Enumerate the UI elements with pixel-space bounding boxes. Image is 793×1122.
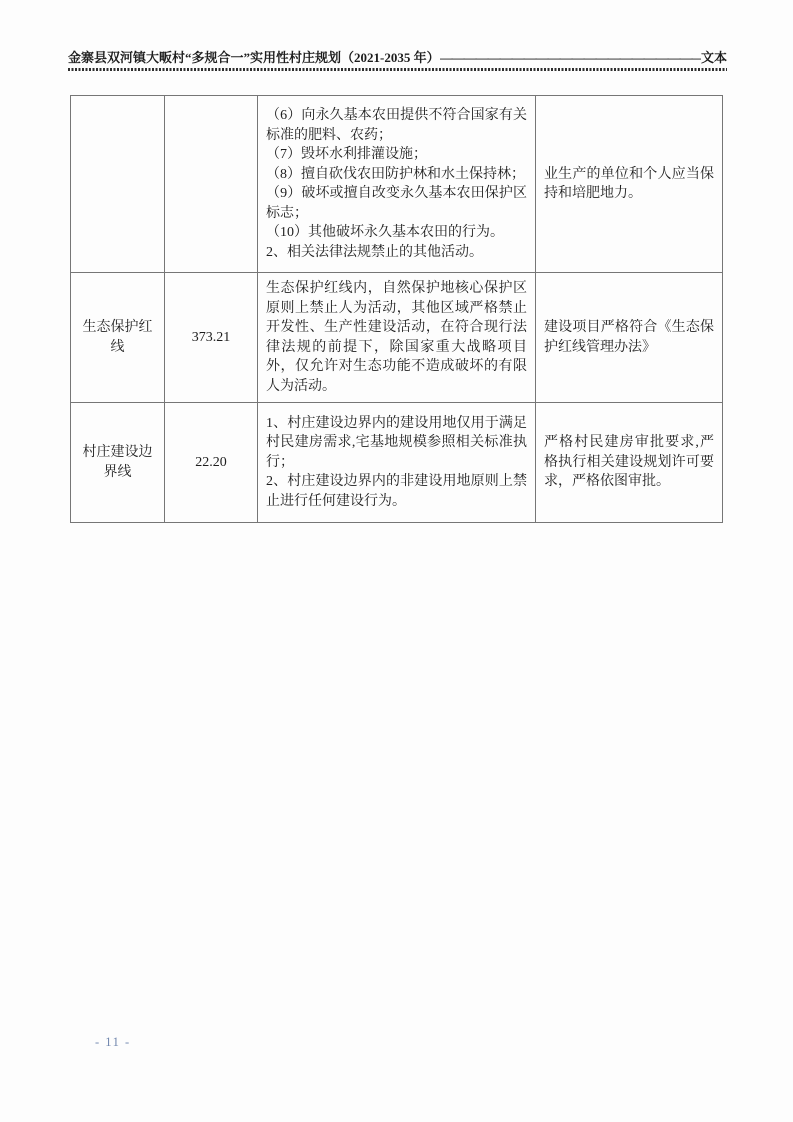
cell-line-name (71, 96, 165, 273)
page-number: - 11 - (95, 1035, 131, 1050)
table-row-ecological-redline: 生态保护红线 373.21 生态保护红线内，自然保护地核心保护区原则上禁止人为活… (71, 273, 723, 403)
header-title: 金寨县双河镇大畈村“多规合一”实用性村庄规划（2021-2035 年） (68, 50, 440, 66)
cell-area: 373.21 (165, 273, 258, 403)
control-lines-table: （6）向永久基本农田提供不符合国家有关标准的肥料、农药； （7）毁坏水利排灌设施… (70, 95, 723, 523)
cell-control-requirements: 生态保护红线内，自然保护地核心保护区原则上禁止人为活动，其他区域严格禁止开发性、… (258, 273, 536, 403)
header-dash-line: ———————————————————————————— (440, 50, 701, 66)
header-doc-type-label: 文本 (701, 50, 727, 66)
table-row-village-construction-boundary: 村庄建设边界线 22.20 1、村庄建设边界内的建设用地仅用于满足村民建房需求,… (71, 403, 723, 523)
cell-line-name: 生态保护红线 (71, 273, 165, 403)
table-row-permanent-farmland-continued: （6）向永久基本农田提供不符合国家有关标准的肥料、农药； （7）毁坏水利排灌设施… (71, 96, 723, 273)
cell-control-measures: 严格村民建房审批要求,严格执行相关建设规划许可要求，严格依图审批。 (536, 403, 723, 523)
cell-control-measures: 业生产的单位和个人应当保持和培肥地力。 (536, 96, 723, 273)
cell-control-measures: 建设项目严格符合《生态保护红线管理办法》 (536, 273, 723, 403)
page-header: 金寨县双河镇大畈村“多规合一”实用性村庄规划（2021-2035 年） ————… (68, 50, 727, 71)
cell-control-requirements: 1、村庄建设边界内的建设用地仅用于满足村民建房需求,宅基地规模参照相关标准执行；… (258, 403, 536, 523)
cell-area (165, 96, 258, 273)
cell-line-name: 村庄建设边界线 (71, 403, 165, 523)
header-rule (68, 68, 727, 71)
cell-control-requirements: （6）向永久基本农田提供不符合国家有关标准的肥料、农药； （7）毁坏水利排灌设施… (258, 96, 536, 273)
header-text-line: 金寨县双河镇大畈村“多规合一”实用性村庄规划（2021-2035 年） ————… (68, 50, 727, 66)
document-page: 金寨县双河镇大畈村“多规合一”实用性村庄规划（2021-2035 年） ————… (0, 0, 793, 1122)
cell-area: 22.20 (165, 403, 258, 523)
